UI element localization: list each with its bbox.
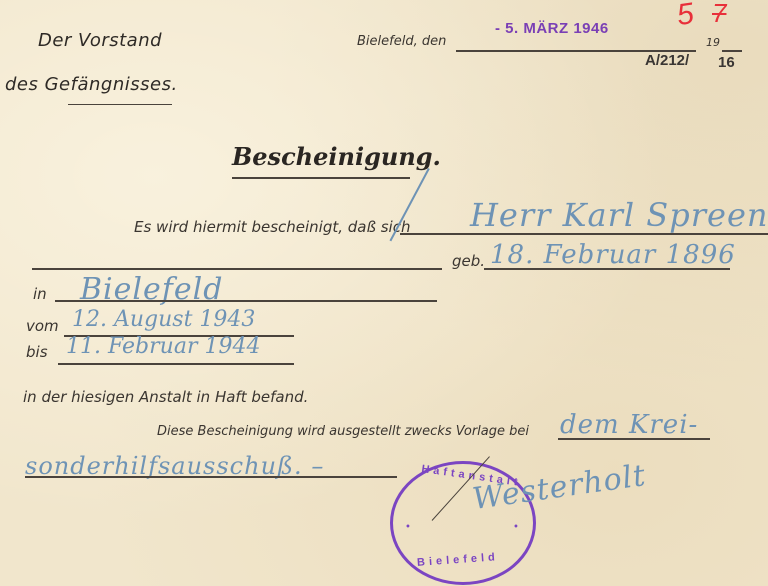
in-line — [55, 300, 437, 302]
letterhead-line-2: des Gefängnisses. — [5, 74, 178, 95]
to-label: bis — [26, 343, 48, 361]
seal-star-icon: • — [513, 522, 519, 533]
seal-bottom-text: Bielefeld — [417, 551, 499, 569]
purpose-label: Diese Bescheinigung wird ausgestellt zwe… — [157, 424, 529, 439]
purpose-line-2 — [25, 476, 397, 478]
year-line — [722, 50, 742, 52]
intro-text: Es wird hiermit bescheinigt, daß sich — [134, 218, 410, 236]
in-label: in — [33, 285, 47, 303]
red-annotation: 5 — [675, 0, 696, 33]
from-handwritten: 12. August 1943 — [72, 307, 255, 332]
from-label: vom — [26, 317, 59, 335]
purpose-handwritten-1: dem Krei- — [560, 410, 698, 440]
signature: Westerholt — [470, 458, 648, 517]
year-prefix: 19 — [706, 36, 720, 49]
name-line — [400, 233, 768, 235]
letterhead-underline — [68, 104, 172, 105]
purpose-line-1 — [558, 438, 710, 440]
letterhead-line-1: Der Vorstand — [38, 30, 162, 51]
seal-star-icon: • — [405, 522, 411, 533]
name-handwritten: Herr Karl Spreen — [470, 196, 768, 234]
red-annotation-struck: 7 — [712, 0, 726, 29]
place-label: Bielefeld, den — [357, 34, 446, 49]
title-underline — [232, 177, 410, 179]
continuation-line — [32, 268, 442, 270]
reference-suffix: 16 — [718, 54, 735, 71]
document-title: Bescheinigung. — [232, 142, 441, 171]
to-line — [58, 363, 294, 365]
reference-number: A/212/ — [645, 52, 689, 69]
to-handwritten: 11. Februar 1944 — [66, 334, 260, 359]
born-handwritten: 18. Februar 1896 — [490, 240, 736, 270]
born-label: geb. — [452, 252, 485, 270]
closing-text: in der hiesigen Anstalt in Haft befand. — [23, 388, 308, 406]
in-handwritten: Bielefeld — [80, 272, 223, 307]
date-stamp: - 5. MÄRZ 1946 — [495, 20, 609, 37]
born-line — [484, 268, 730, 270]
